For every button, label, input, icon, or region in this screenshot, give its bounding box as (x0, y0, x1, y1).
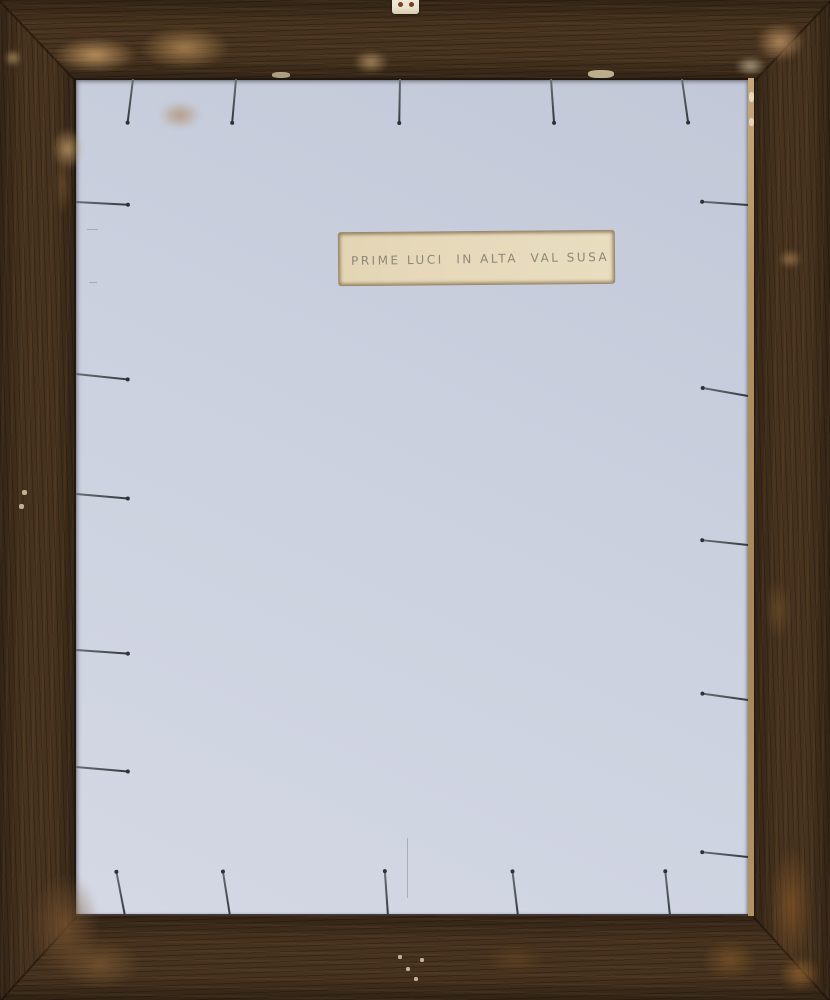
backing-crease (89, 282, 97, 283)
rabbet-edge-strip (748, 78, 754, 916)
backing-board: PRIME LUCI IN ALTA VAL SUSA (76, 80, 748, 916)
hanger-screw (409, 2, 414, 7)
artwork-title-text: PRIME LUCI IN ALTA VAL SUSA (339, 248, 609, 267)
backing-crease (407, 838, 408, 898)
frame-backing-seam (76, 914, 752, 916)
frame-backing-seam (74, 78, 76, 916)
artwork-title-label: PRIME LUCI IN ALTA VAL SUSA (338, 230, 615, 286)
hanging-hardware (392, 0, 419, 14)
frame-left-rail (0, 0, 76, 1000)
frame-bottom-rail (0, 916, 830, 1000)
frame-backing-seam (74, 78, 755, 80)
backing-crease (87, 229, 98, 230)
hanger-screw (398, 2, 403, 7)
frame-right-rail (754, 0, 830, 1000)
photo-of-frame-back: PRIME LUCI IN ALTA VAL SUSA (0, 0, 830, 1000)
